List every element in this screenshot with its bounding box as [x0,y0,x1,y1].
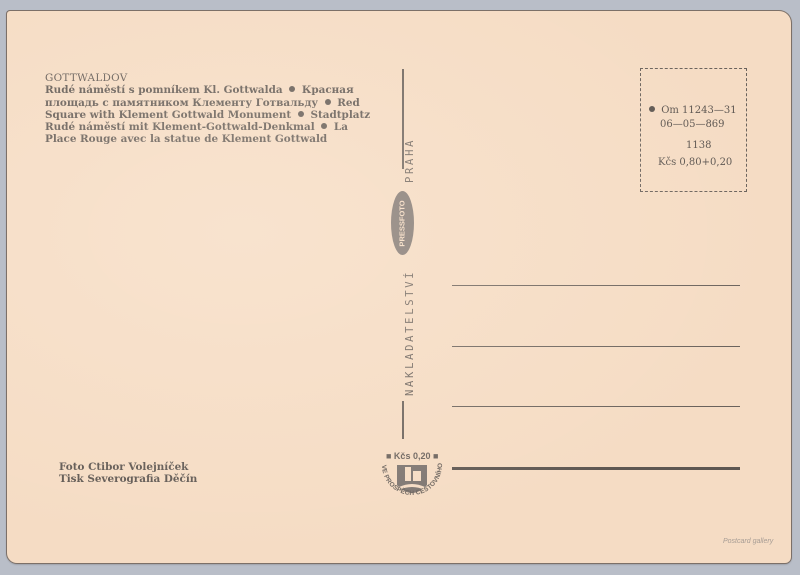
stamp-box: Om 11243—31 06—05—869 1138 Kčs 0,80+0,20 [640,68,747,192]
postcard-back: GOTTWALDOV Rudé náměstí s pomníkem Kl. G… [7,11,791,563]
stamp-price: Kčs 0,80+0,20 [658,154,737,171]
watermark: Postcard gallery [723,538,773,545]
credits-block: Foto Ctibor Volejníček Tisk Severografia… [59,461,197,486]
address-line-4 [452,467,740,470]
pressfoto-logo: PRESSFOTO [391,191,414,255]
caption-block: GOTTWALDOV Rudé náměstí s pomníkem Kl. G… [45,72,375,146]
bullet-icon [325,99,331,105]
castle-seal-icon: VE PROSPĚCH CESTOVNÍHO RUCHU [372,451,452,511]
caption-title: GOTTWALDOV [45,72,375,84]
bullet-icon [649,106,655,112]
address-line-1 [452,285,740,286]
stamp-date: 06—05—869 [660,119,737,131]
bullet-icon [321,123,327,129]
stamp-box-text: Om 11243—31 06—05—869 1138 Kčs 0,80+0,20 [646,102,737,171]
address-line-2 [452,346,740,347]
caption-czech: Rudé náměstí s pomníkem Kl. Gottwalda [45,84,283,96]
bullet-icon [298,111,304,117]
stamp-code: Om 11243—31 [661,105,736,116]
print-credit: Tisk Severografia Děčín [59,473,197,485]
bullet-icon [289,86,295,92]
address-line-3 [452,406,740,407]
stamp-number: 1138 [686,137,737,154]
divider-line-bottom [402,401,404,439]
divider-city-text: PRAHA [404,138,416,183]
divider-publisher-text: NAKLADATELSTVÍ [404,270,416,396]
pressfoto-logo-text: PRESSFOTO [398,200,407,246]
tourism-seal: ■ Kčs 0,20 ■ VE PROSPĚCH CESTOVNÍHO RUCH… [372,451,452,511]
photo-credit: Foto Ctibor Volejníček [59,461,197,473]
